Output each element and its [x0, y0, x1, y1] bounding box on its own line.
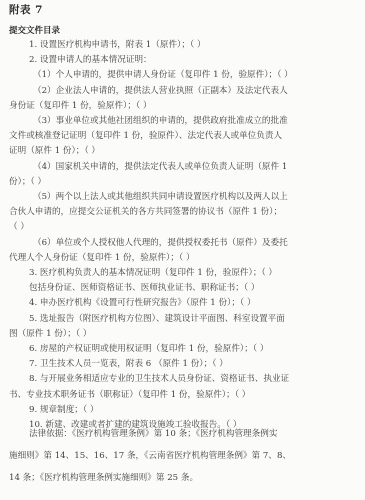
document-line: （4）国家机关申请的，提供法定代表人或单位负责人证明（原件 1	[9, 160, 359, 175]
legal-basis-line: 施细则》第 14、15、16、17 条，《云南省医疗机构管理条例》第 7、8、	[9, 445, 359, 467]
document-line: 份）；（ ）	[9, 175, 359, 190]
document-line: 4. 申办医疗机构《设置可行性研究报告》（原件 1 份）；（ ）	[9, 296, 359, 311]
document-line: 图（原件 1 份）；（ ）	[9, 327, 359, 342]
legal-basis-line: 法律依据：《医疗机构管理条例》第 10 条；《医疗机构管理条例实	[9, 423, 359, 445]
document-line: 包括身份证、医师资格证书、医师执业证书、职称证书；（ ）	[9, 281, 359, 296]
document-line: （6）单位或个人授权他人代理的，提供授权委托书（原件）及委托	[9, 236, 359, 251]
document-line: （5）两个以上法人或其他组织共同申请设置医疗机构以及两人以上	[9, 190, 359, 205]
document-line: （1）个人申请的，提供申请人身份证（复印件 1 份，验原件）；（ ）	[9, 68, 359, 83]
legal-basis-line: 14 条；《医疗机构管理条例实施细则》第 25 条。	[9, 467, 359, 489]
document-line: 3. 医疗机构负责人的基本情况证明（复印件 1 份，验原件）；（ ）	[9, 266, 359, 281]
document-page: 附表 7 提交文件目录 1. 设置医疗机构申请书，附表 1（原件）；（ ）2. …	[0, 0, 365, 500]
document-line: 代理人个人身份证（复印件 1 份，验原件）；（ ）	[9, 251, 359, 266]
document-line: 身份证（复印件 1 份，验原件）；（ ）	[9, 99, 359, 114]
document-line: 8. 与开展业务相适应专业的卫生技术人员身份证、资格证书、执业证	[9, 372, 359, 387]
document-title: 附表 7	[9, 2, 43, 17]
document-line: 2. 设置申请人的基本情况证明：	[9, 53, 359, 68]
document-line: 7. 卫生技术人员一览表，附表 6 （原件 1 份）；（ ）	[9, 357, 359, 372]
document-line: 书、专业技术职务证书（职称证）（复印件 1 份，验原件）；（ ）	[9, 388, 359, 403]
document-line: 证明（原件 1 份）；（ ）	[9, 144, 359, 159]
document-subtitle: 提交文件目录	[9, 24, 60, 36]
document-line: 6. 房屋的产权证明或使用权证明（复印件 1 份，验原件）；（ ）	[9, 342, 359, 357]
document-line: 文件或核准登记证明（复印件 1 份，验原件）、法定代表人或单位负责人	[9, 129, 359, 144]
document-line: 9. 规章制度；（ ）	[9, 403, 359, 418]
legal-basis: 法律依据：《医疗机构管理条例》第 10 条；《医疗机构管理条例实施细则》第 14…	[9, 423, 359, 489]
document-line: （2）企业法人申请的，提供法人营业执照（正副本）及法定代表人	[9, 84, 359, 99]
document-line: （3）事业单位或其他社团组织的申请的，提供政府批准成立的批准	[9, 114, 359, 129]
document-line: 5. 选址报告（附医疗机构方位图）、建筑设计平面图、科室设置平面	[9, 312, 359, 327]
document-line: 1. 设置医疗机构申请书，附表 1（原件）；（ ）	[9, 38, 359, 53]
document-body: 1. 设置医疗机构申请书，附表 1（原件）；（ ）2. 设置申请人的基本情况证明…	[9, 38, 359, 433]
document-line: （ ）	[9, 220, 359, 235]
document-line: 合伙人申请的，应提交公证机关的各方共同签署的协议书（原件 1 份）；	[9, 205, 359, 220]
